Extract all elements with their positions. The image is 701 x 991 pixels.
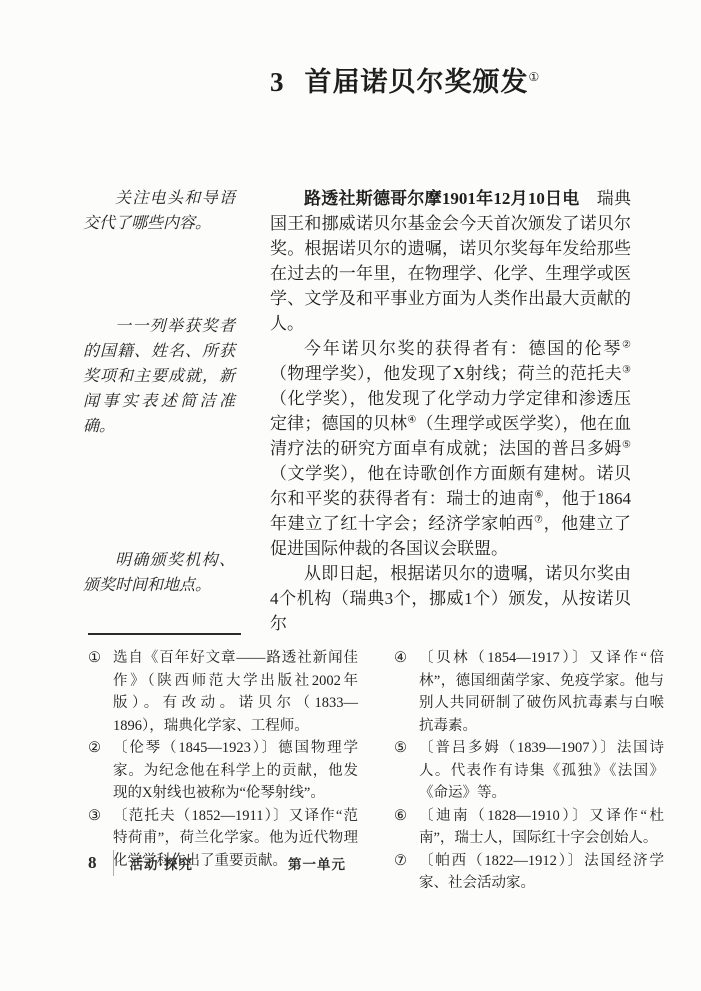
- text-run: 从即日起，根据诺贝尔的遗嘱，诺贝尔奖由4个机构（瑞典3个，挪威1个）颁发，从按诺…: [270, 564, 631, 633]
- page-title: 3首届诺贝尔奖颁发①: [270, 60, 540, 99]
- footnote-marker: ⑤: [394, 737, 407, 760]
- footnote-divider: [88, 633, 241, 635]
- article-body: 路透社斯德哥尔摩1901年12月10日电 瑞典国王和挪威诺贝尔基金会今天首次颁发…: [270, 186, 631, 636]
- paragraph-dateline: 路透社斯德哥尔摩1901年12月10日电 瑞典国王和挪威诺贝尔基金会今天首次颁发…: [270, 186, 631, 336]
- paragraph-institutions: 从即日起，根据诺贝尔的遗嘱，诺贝尔奖由4个机构（瑞典3个，挪威1个）颁发，从按诺…: [270, 561, 631, 636]
- footnote-text: 〔迪南（1828—1910）〕又译作“杜南”，瑞士人，国际红十字会创始人。: [419, 808, 664, 847]
- footnote-text: 〔贝林（1854—1917）〕又译作“倍林”，德国细菌学家、免疫学家。他与别人共…: [419, 650, 664, 734]
- footnote-marker: ⑦: [394, 850, 407, 873]
- footnote-ref-superscript: ⑥: [535, 489, 545, 500]
- footnote-text: 〔普吕多姆（1839—1907）〕法国诗人。代表作有诗集《孤独》《法国》《命运》…: [419, 740, 664, 801]
- footnote-ref-superscript: ③: [622, 364, 631, 375]
- footnote-text: 选自《百年好文章——路透社新闻佳作》（陕西师范大学出版社2002年版）。有改动。…: [113, 650, 358, 734]
- lesson-title-text: 首届诺贝尔奖颁发: [305, 67, 529, 97]
- footnote-ref-superscript: ②: [622, 339, 631, 350]
- paragraph-laureates: 今年诺贝尔奖的获得者有：德国的伦琴②（物理学奖），他发现了X射线；荷兰的范托夫③…: [270, 336, 631, 561]
- series-label: 活动·探究: [130, 853, 194, 873]
- footnote-ref-superscript: ⑦: [534, 514, 544, 525]
- margin-note-3: 明确颁奖机构、颁奖时间和地点。: [83, 548, 235, 598]
- footnote-item: ② 〔伦琴（1845—1923）〕德国物理学家。为纪念他在科学上的贡献，他发现的…: [88, 737, 358, 805]
- footnote-item: ⑥ 〔迪南（1828—1910）〕又译作“杜南”，瑞士人，国际红十字会创始人。: [394, 805, 664, 850]
- footnote-marker: ①: [88, 647, 101, 670]
- footnote-ref-superscript: ⑤: [622, 439, 631, 450]
- footnote-marker: ④: [394, 647, 407, 670]
- footnote-column-right: ④ 〔贝林（1854—1917）〕又译作“倍林”，德国细菌学家、免疫学家。他与别…: [394, 647, 664, 895]
- footnote-marker: ⑥: [394, 805, 407, 828]
- unit-label: 第一单元: [288, 853, 346, 873]
- footnote-text: 〔帕西（1822—1912）〕法国经济学家、社会活动家。: [419, 853, 664, 892]
- lesson-number: 3: [270, 67, 285, 97]
- margin-note-1: 关注电头和导语交代了哪些内容。: [83, 186, 235, 236]
- footnote-item: ④ 〔贝林（1854—1917）〕又译作“倍林”，德国细菌学家、免疫学家。他与别…: [394, 647, 664, 737]
- text-run: （物理学奖），他发现了X射线；荷兰的范托夫: [270, 364, 622, 383]
- dateline-bold-run: 路透社斯德哥尔摩1901年12月10日电: [304, 189, 580, 208]
- footnote-text: 〔伦琴（1845—1923）〕德国物理学家。为纪念他在科学上的贡献，他发现的X射…: [113, 740, 358, 801]
- footnote-item: ⑤ 〔普吕多姆（1839—1907）〕法国诗人。代表作有诗集《孤独》《法国》《命…: [394, 737, 664, 805]
- footnote-item: ① 选自《百年好文章——路透社新闻佳作》（陕西师范大学出版社2002年版）。有改…: [88, 647, 358, 737]
- footnote-ref-superscript: ④: [407, 414, 416, 425]
- footnote-item: ⑦ 〔帕西（1822—1912）〕法国经济学家、社会活动家。: [394, 850, 664, 895]
- footer-divider: [113, 850, 114, 876]
- text-run: 今年诺贝尔奖的获得者有：德国的伦琴: [304, 339, 622, 358]
- footnote-marker: ③: [88, 805, 101, 828]
- page-footer: 8 活动·探究 第一单元: [88, 850, 346, 876]
- page-number: 8: [88, 853, 97, 873]
- title-footnote-ref: ①: [529, 70, 541, 84]
- margin-note-2: 一一列举获奖者的国籍、姓名、所获奖项和主要成就，新闻事实表述简洁准确。: [83, 314, 235, 439]
- footnote-marker: ②: [88, 737, 101, 760]
- textbook-page: 3首届诺贝尔奖颁发① 关注电头和导语交代了哪些内容。 一一列举获奖者的国籍、姓名…: [0, 0, 701, 991]
- text-run: 瑞典国王和挪威诺贝尔基金会今天首次颁发了诺贝尔奖。根据诺贝尔的遗嘱，诺贝尔奖每年…: [270, 189, 631, 333]
